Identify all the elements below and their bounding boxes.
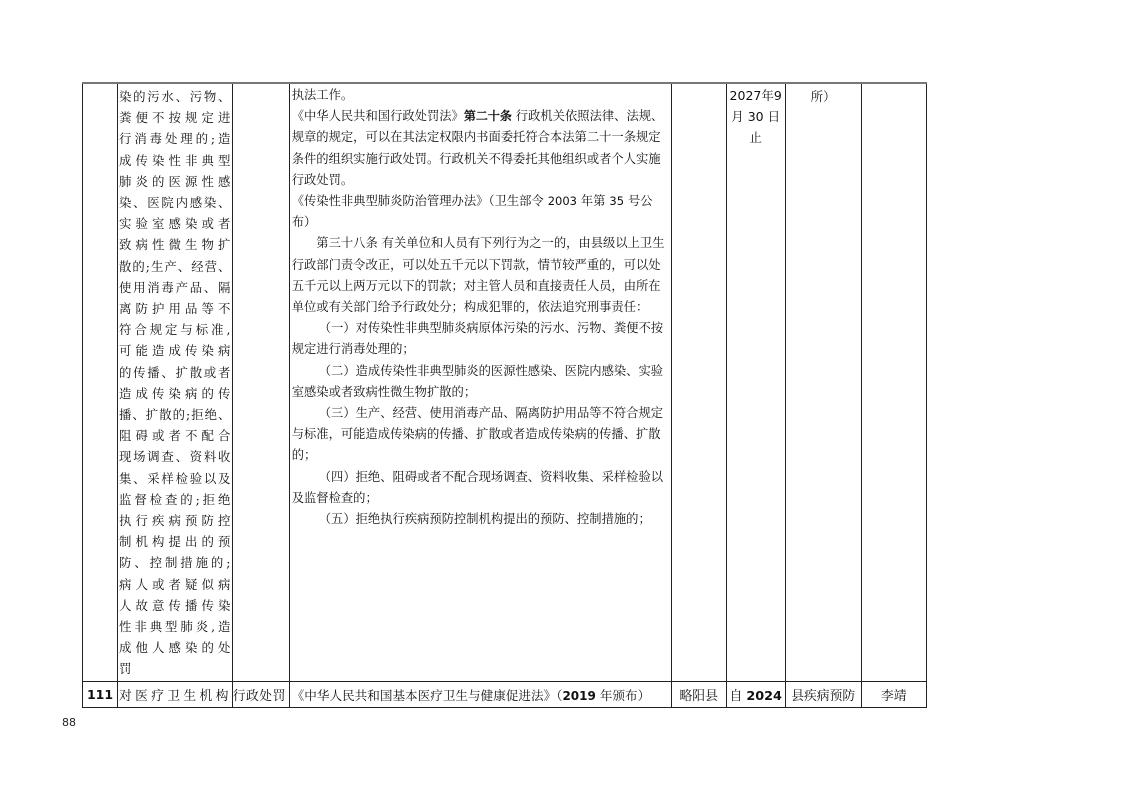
item-line: 致病性微生物扩 [119,234,231,255]
basis-paragraph-1: 执法工作。 [292,85,669,106]
cell-area [671,83,726,682]
cell-valid-date: 自 2024 [726,682,785,708]
item-line: 成他人感染的处 [119,637,231,658]
cell-item: 对医疗卫生机构 [118,682,233,708]
regulation-number: 35 [609,194,624,208]
item-line: 罚 [119,658,231,679]
page-number: 88 [62,716,76,729]
basis-paragraph-4: 第三十八条 有关单位和人员有下列行为之一的，由县级以上卫生行政部门责令改正，可以… [292,233,669,318]
item-line: 制机构提出的预 [119,531,231,552]
item-line: 造成传染病的传 [119,383,231,404]
basis-clause-1: （一）对传染性非典型肺炎病原体污染的污水、污物、粪便不按规定进行消毒处理的； [292,318,669,360]
law-suffix: 年颁布） [596,688,650,703]
table-row-111: 111 对医疗卫生机构 行政处罚 《中华人民共和国基本医疗卫生与健康促进法》（2… [83,682,927,708]
item-line: 粪便不按规定进 [119,107,231,128]
cell-type: 行政处罚 [232,682,289,708]
legal-basis-text: 执法工作。 《中华人民共和国行政处罚法》第二十条 行政机关依照法律、法规、规章的… [290,84,671,530]
basis-paragraph-2: 《中华人民共和国行政处罚法》第二十条 行政机关依照法律、法规、规章的规定，可以在… [292,106,669,191]
date-day: 30 [748,109,764,124]
law-title: 《中华人民共和国行政处罚法》 [292,109,464,123]
item-line: 防、控制措施的; [119,552,231,573]
item-line: 现场调查、资料收 [119,446,231,467]
cell-type [232,83,289,682]
cell-number [83,83,118,682]
item-line: 播、扩散的;拒绝、 [119,404,231,425]
date-prefix: 自 [729,689,746,704]
item-line: 实验室感染或者 [119,213,231,234]
item-line: 监督检查的;拒绝 [119,489,231,510]
cell-person [861,83,926,682]
cell-organization: 所） [785,83,861,682]
item-line: 集、采样检验以及 [119,468,231,489]
date-year: 2027 [730,88,762,103]
date-end: 止 [749,130,762,145]
article-label: 第二十条 [464,109,512,123]
basis-paragraph-3: 《传染性非典型肺炎防治管理办法》（卫生部令 2003 年第 35 号公布） [292,191,669,233]
table-row-continued: 染的污水、污物、粪便不按规定进行消毒处理的;造成传染性非典型肺炎的医源性感染、医… [83,83,927,682]
basis-clause-2: （二）造成传染性非典型肺炎的医源性感染、医院内感染、实验室感染或者致病性微生物扩… [292,361,669,403]
date-year-char: 年 [761,88,774,103]
item-line: 散的;生产、经营、 [119,256,231,277]
regulation-text: 年第 [577,194,609,208]
item-line: 成传染性非典型 [119,150,231,171]
item-line: 病人或者疑似病 [119,574,231,595]
basis-clause-4: （四）拒绝、阻碍或者不配合现场调查、资料收集、采样检验以及监督检查的； [292,467,669,509]
item-line: 阻碍或者不配合 [119,425,231,446]
cell-legal-basis: 《中华人民共和国基本医疗卫生与健康促进法》（2019 年颁布） [289,682,671,708]
item-line: 人故意传播传染 [119,595,231,616]
cell-person: 李靖 [861,682,926,708]
enforcement-items-table: 染的污水、污物、粪便不按规定进行消毒处理的;造成传染性非典型肺炎的医源性感染、医… [82,82,927,708]
item-description: 染的污水、污物、粪便不按规定进行消毒处理的;造成传染性非典型肺炎的医源性感染、医… [118,84,232,680]
date-year: 2024 [746,689,782,704]
item-line: 符合规定与标准, [119,319,231,340]
cell-organization: 县疾病预防 [785,682,861,708]
valid-until-text: 2027年9 月 30 日 止 [727,84,785,148]
law-title: 《中华人民共和国基本医疗卫生与健康促进法》（ [292,688,563,703]
date-month-char: 月 [731,109,744,124]
law-year: 2019 [562,689,595,703]
cell-area: 略阳县 [671,682,726,708]
date-month: 9 [774,88,782,103]
item-line: 离防护用品等不 [119,298,231,319]
regulation-title: 《传染性非典型肺炎防治管理办法》（卫生部令 [292,194,548,208]
basis-clause-5: （五）拒绝执行疾病预防控制机构提出的预防、控制措施的； [292,509,669,530]
date-day-char: 日 [768,109,781,124]
item-line: 行消毒处理的;造 [119,128,231,149]
item-line: 使用消毒产品、隔 [119,277,231,298]
cell-valid-date: 2027年9 月 30 日 止 [726,83,785,682]
cell-legal-basis: 执法工作。 《中华人民共和国行政处罚法》第二十条 行政机关依照法律、法规、规章的… [289,83,671,682]
basis-clause-3: （三）生产、经营、使用消毒产品、隔离防护用品等不符合规定与标准，可能造成传染病的… [292,403,669,467]
item-line: 的传播、扩散或者 [119,362,231,383]
item-line: 性非典型肺炎,造 [119,616,231,637]
item-line: 执行疾病预防控 [119,510,231,531]
cell-item: 染的污水、污物、粪便不按规定进行消毒处理的;造成传染性非典型肺炎的医源性感染、医… [118,83,233,682]
cell-number: 111 [83,682,118,708]
item-line: 染、医院内感染、 [119,192,231,213]
item-line: 肺炎的医源性感 [119,171,231,192]
regulation-year: 2003 [548,194,577,208]
item-line: 染的污水、污物、 [119,86,231,107]
item-line: 可能造成传染病 [119,340,231,361]
organization-text: 所） [786,84,861,107]
